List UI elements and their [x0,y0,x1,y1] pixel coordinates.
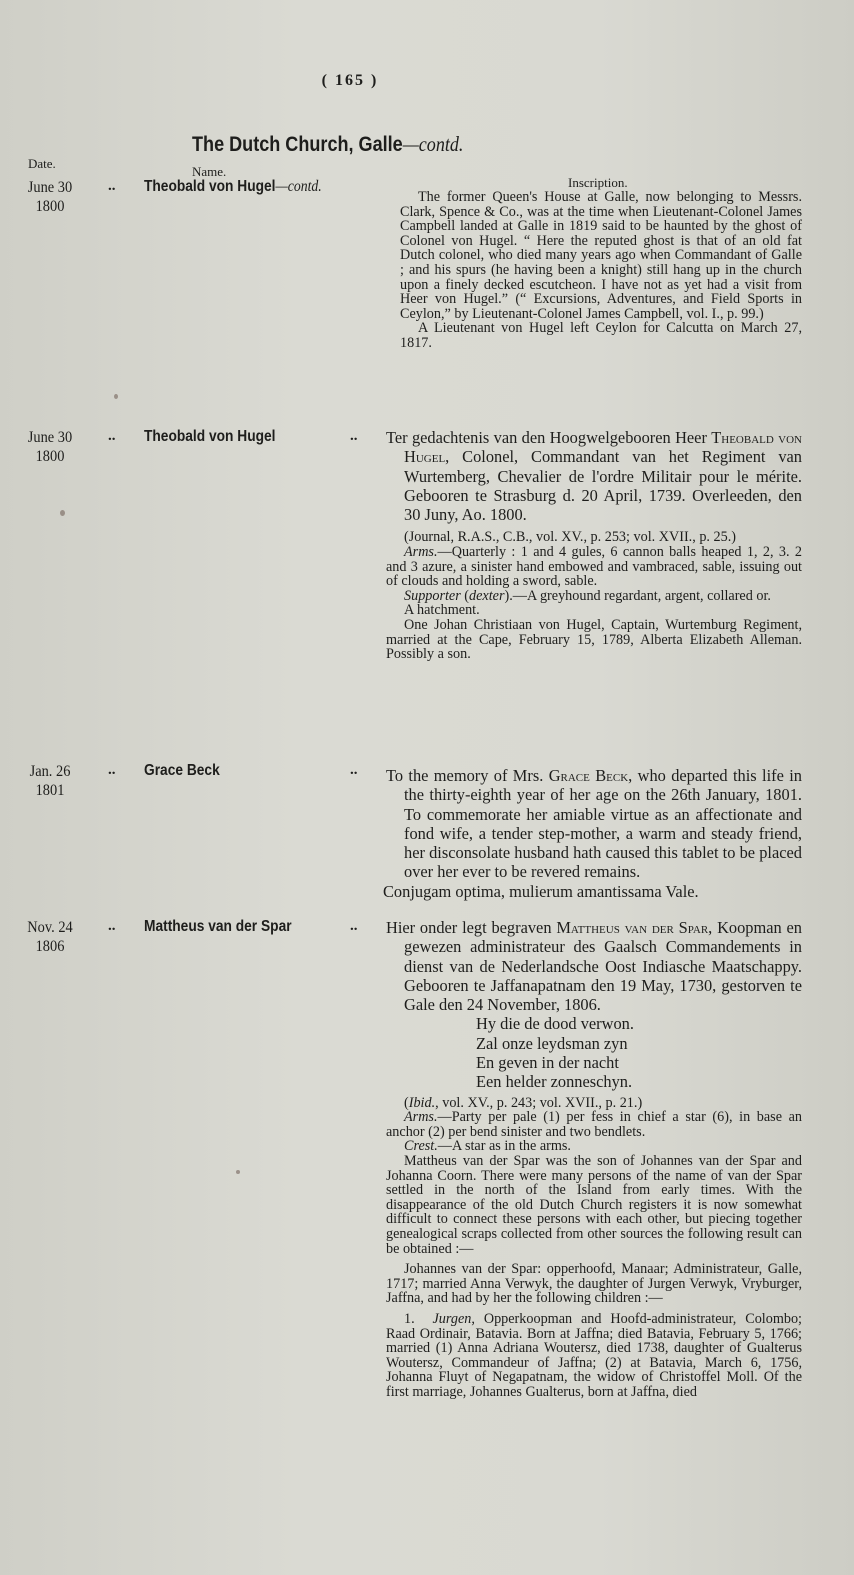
title-text: The Dutch Church, Galle [192,133,403,156]
entry-name: Theobald von Hugel—contd. [144,178,322,196]
paragraph: A Lieutenant von Hugel left Ceylon for C… [400,321,802,350]
reference: (Ibid., vol. XV., p. 243; vol. XVII., p.… [386,1096,802,1111]
inscription-text: Ter gedachtenis van den Hoogwelgebooren … [386,428,802,524]
poem-line: Zal onze leydsman zyn [476,1034,802,1053]
entry-inscription: The former Queen's House at Galle, now b… [400,190,802,351]
separator-dots: .. [350,762,358,779]
child-entry: 1. Jurgen, Opperkoopman and Hoofd-admini… [386,1312,802,1400]
entry-inscription: Ter gedachtenis van den Hoogwelgebooren … [386,428,802,662]
crest: Crest.—A star as in the arms. [386,1139,802,1154]
entry-name: Theobald von Hugel [144,428,275,446]
column-header-date: Date. [28,156,56,172]
entry-date: June 301800 [14,428,86,466]
separator-dots: .. [108,918,116,935]
entry-name: Grace Beck [144,762,220,780]
page-title: The Dutch Church, Galle—contd. [192,132,463,157]
page-number: ( 165 ) [0,72,700,90]
separator-dots: .. [108,178,116,195]
paper-blemish [114,394,118,399]
entry-date: June 301800 [14,178,86,216]
paragraph: Mattheus van der Spar was the son of Joh… [386,1154,802,1256]
document-page: ( 165 ) The Dutch Church, Galle—contd. D… [0,0,854,1575]
reference: (Journal, R.A.S., C.B., vol. XV., p. 253… [386,530,802,545]
inscription-text: Hier onder legt begraven Mattheus van de… [386,918,802,1014]
poem: Hy die de dood verwon. Zal onze leydsman… [386,1014,802,1091]
entry-date: Nov. 241806 [14,918,86,956]
separator-dots: .. [350,428,358,445]
poem-line: Een helder zonneschyn. [476,1072,802,1091]
arms: Arms.—Party per pale (1) per fess in chi… [386,1110,802,1139]
title-suffix: —contd. [403,132,464,156]
note: One Johan Christiaan von Hugel, Captain,… [386,618,802,662]
entry-inscription: To the memory of Mrs. Grace Beck, who de… [386,766,802,901]
hatchment: A hatchment. [386,603,802,618]
poem-line: En geven in der nacht [476,1053,802,1072]
separator-dots: .. [350,918,358,935]
poem-line: Hy die de dood verwon. [476,1014,802,1033]
separator-dots: .. [108,762,116,779]
paragraph: The former Queen's House at Galle, now b… [400,190,802,321]
supporter: Supporter (dexter).—A greyhound regardan… [386,589,802,604]
paper-blemish [236,1170,240,1174]
arms: Arms.—Quarterly : 1 and 4 gules, 6 canno… [386,545,802,589]
latin-line: Conjugam optima, mulierum amantissama Va… [383,882,802,901]
entry-date: Jan. 261801 [14,762,86,800]
entry-name: Mattheus van der Spar [144,918,292,936]
paper-blemish [60,510,65,516]
entry-inscription: Hier onder legt begraven Mattheus van de… [386,918,802,1400]
paragraph: Johannes van der Spar: opperhoofd, Manaa… [386,1262,802,1306]
inscription-text: To the memory of Mrs. Grace Beck, who de… [386,766,802,882]
separator-dots: .. [108,428,116,445]
